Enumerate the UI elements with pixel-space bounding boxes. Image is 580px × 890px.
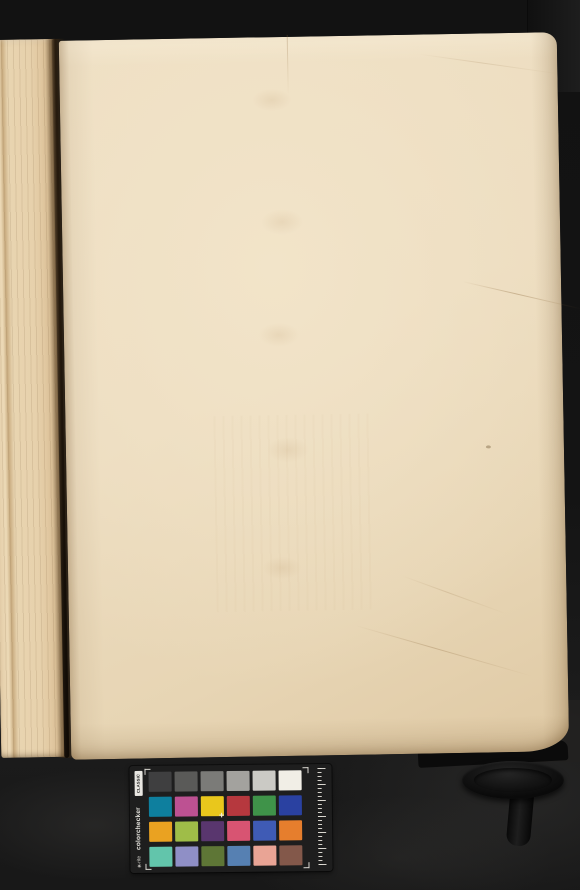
color-patch [227, 796, 250, 816]
page-showthrough-smudge [254, 204, 311, 239]
colorchecker-classic-badge: CLASSIC [134, 771, 142, 796]
color-patch [278, 770, 301, 790]
color-patch [227, 846, 250, 866]
page-showthrough-smudge [246, 85, 299, 116]
page-crease [418, 53, 559, 74]
clamp-knob-stem [506, 791, 535, 847]
color-patch [201, 821, 224, 841]
color-patch [279, 845, 302, 865]
color-patch [253, 821, 276, 841]
color-patch [149, 797, 172, 817]
color-patch [149, 847, 172, 867]
photo-canvas: CLASSIC colorchecker x-rite ✳ + [0, 0, 580, 890]
color-patch [175, 771, 198, 791]
color-patch [227, 771, 250, 791]
book [0, 30, 576, 762]
blank-page [59, 32, 569, 760]
color-patch [279, 820, 302, 840]
colorchecker-card: CLASSIC colorchecker x-rite ✳ + [129, 764, 332, 873]
color-patch [279, 795, 302, 815]
page-crease [355, 625, 532, 677]
crop-mark-icon [145, 864, 151, 870]
crop-mark-icon [303, 862, 309, 868]
color-patch [253, 846, 276, 866]
page-crease [402, 575, 506, 614]
page-showthrough-smudge [252, 319, 307, 352]
page-crease [463, 281, 580, 309]
color-patch [175, 846, 198, 866]
page-showthrough-columns [213, 413, 372, 612]
page-crease [287, 35, 289, 95]
color-patch [175, 796, 198, 816]
color-patch [149, 822, 172, 842]
colorchecker-ruler [317, 768, 327, 865]
page-ink-speck [486, 445, 491, 448]
crop-mark-icon [302, 767, 308, 773]
crop-mark-icon [144, 769, 150, 775]
color-patch [201, 771, 224, 791]
color-patch [227, 821, 250, 841]
color-patch [201, 846, 224, 866]
colorchecker-patch-grid [149, 770, 303, 867]
registration-cross-icon: + [219, 811, 224, 820]
color-patch [253, 796, 276, 816]
color-patch [149, 772, 172, 792]
xrite-logo-icon: ✳ [134, 865, 144, 871]
color-patch [175, 821, 198, 841]
color-patch [253, 771, 276, 791]
clamp-knob [462, 761, 564, 799]
